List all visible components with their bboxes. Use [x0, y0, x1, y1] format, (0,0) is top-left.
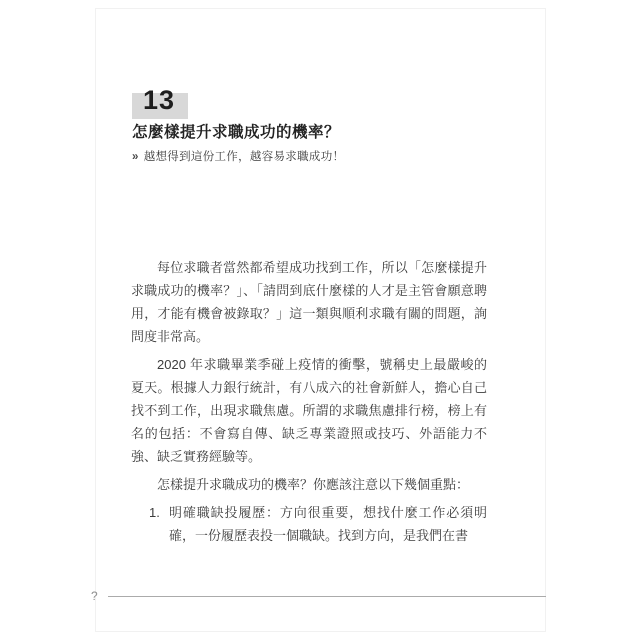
chapter-number: 13: [143, 87, 175, 114]
list-item-text: 明確職缺投履歷：方向很重要，想找什麼工作必須明確，一份履歷表投一個職缺。找到方向…: [169, 505, 487, 543]
double-angle-quote-icon: »: [132, 151, 139, 163]
book-page: 13 怎麼樣提升求職成功的機率？ »越想得到這份工作，越容易求職成功！ 每位求職…: [95, 8, 546, 632]
page-title: 怎麼樣提升求職成功的機率？: [132, 120, 340, 142]
numbered-list-item: 1. 明確職缺投履歷：方向很重要，想找什麼工作必須明確，一份履歷表投一個職缺。找…: [131, 501, 487, 547]
subtitle: »越想得到這份工作，越容易求職成功！: [132, 148, 344, 164]
scanned-page-canvas: 13 怎麼樣提升求職成功的機率？ »越想得到這份工作，越容易求職成功！ 每位求職…: [0, 0, 640, 640]
paragraph: 每位求職者當然都希望成功找到工作，所以「怎麼樣提升求職成功的機率？」、「請問到底…: [131, 256, 487, 348]
body-text: 每位求職者當然都希望成功找到工作，所以「怎麼樣提升求職成功的機率？」、「請問到底…: [131, 256, 487, 547]
paragraph: 怎樣提升求職成功的機率？你應該注意以下幾個重點：: [131, 473, 487, 496]
footer-divider: [108, 596, 546, 597]
subtitle-text: 越想得到這份工作，越容易求職成功！: [144, 151, 345, 163]
footer-page-marker: ?: [91, 589, 98, 603]
paragraph: 2020 年求職畢業季碰上疫情的衝擊，號稱史上最嚴峻的夏天。根據人力銀行統計，有…: [131, 353, 487, 468]
list-item-marker: 1.: [149, 501, 160, 524]
